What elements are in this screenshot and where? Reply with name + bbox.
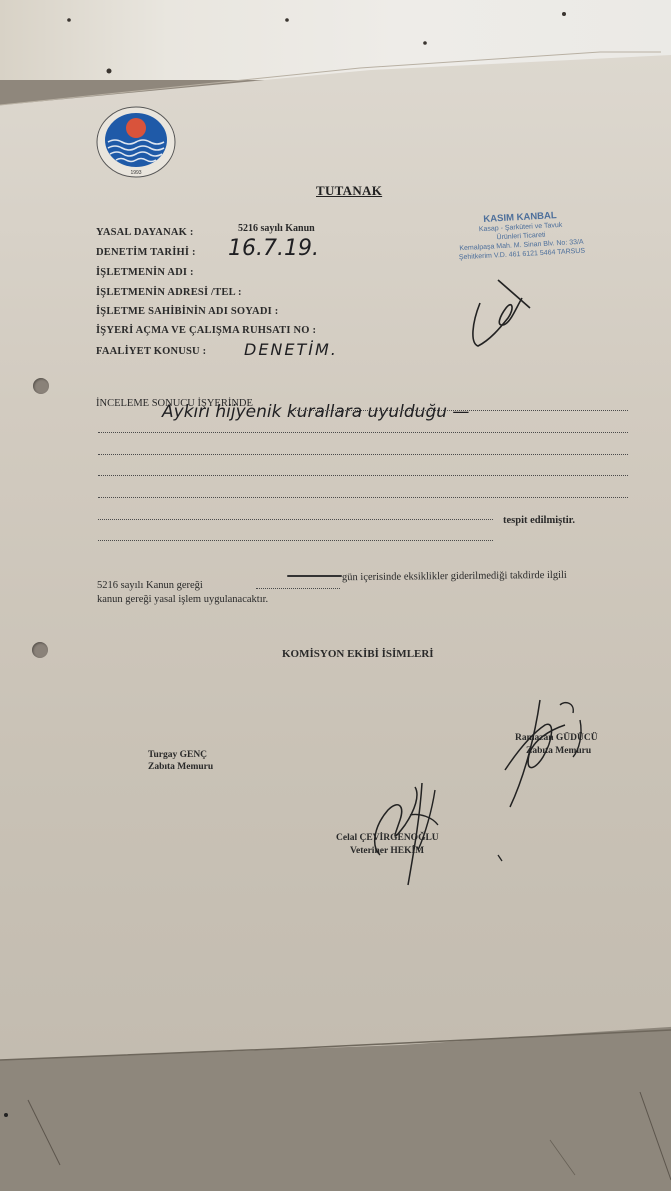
punch-hole-bottom [32,642,48,658]
field-label-legal-basis: YASAL DAYANAK : [96,227,194,238]
days-blank-dotted [256,588,340,589]
dotted-line [98,475,628,476]
business-owner-signature-icon [470,278,550,353]
dotted-line [98,540,493,541]
days-blank-handwritten-dash [287,575,342,577]
field-value-inspection-date-handwritten: 16.7.19. [228,236,319,261]
svg-text:1993: 1993 [130,170,141,176]
punch-hole-top [33,378,49,394]
dotted-line [98,497,628,498]
field-label-business-name: İŞLETMENİN ADI : [96,267,194,278]
member-1-name: Turgay GENÇ [148,750,207,760]
dotted-line [98,519,493,520]
commission-heading: KOMİSYON EKİBİ İSİMLERİ [282,648,434,660]
municipality-logo-icon: 1993 [96,106,176,178]
dotted-line [290,410,628,411]
dotted-line [98,432,628,433]
field-value-legal-basis: 5216 sayılı Kanun [238,223,315,234]
member-3-signature-icon [360,775,470,895]
field-label-owner-name: İŞLETME SAHİBİNİN ADI SOYADI : [96,306,278,317]
legal-notice-suffix: gün içerisinde eksiklikler giderilmediği… [342,570,567,583]
document-paper [0,55,671,1060]
inspection-finding-handwritten: Aykırı hijyenik kurallara uyulduğu — [162,402,469,422]
member-2-signature-icon [495,695,605,815]
legal-notice-line-2: kanun gereği yasal işlem uygulanacaktır. [97,594,268,605]
field-label-license-number: İŞYERİ AÇMA VE ÇALIŞMA RUHSATI NO : [96,325,316,336]
member-1-title: Zabıta Memuru [148,762,213,772]
field-label-business-address: İŞLETMENİN ADRESİ /TEL : [96,287,242,298]
field-label-activity-subject: FAALİYET KONUSU : [96,346,206,357]
field-value-activity-subject-handwritten: DENETİM. [244,340,338,359]
inspection-closing: tespit edilmiştir. [503,515,575,526]
dotted-line [98,454,628,455]
field-label-inspection-date: DENETİM TARİHİ : [96,247,196,258]
business-stamp: KASIM KANBAL Kasap - Şarküteri ve Tavuk … [435,208,607,264]
legal-notice-prefix: 5216 sayılı Kanun gereği [97,580,203,591]
document-title: TUTANAK [316,183,382,199]
